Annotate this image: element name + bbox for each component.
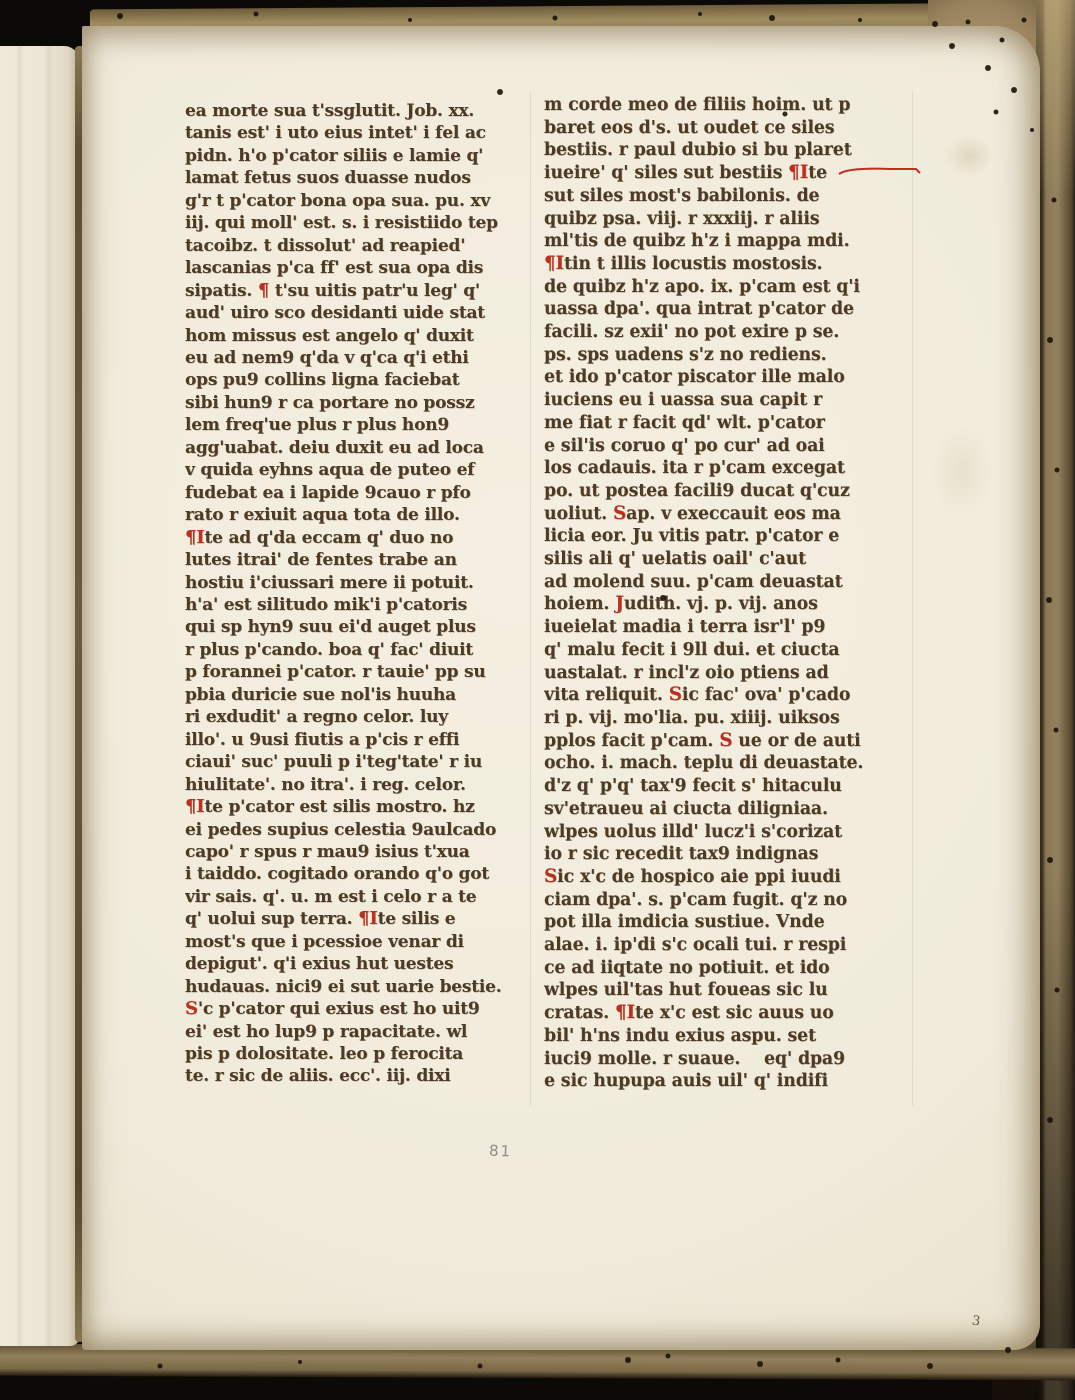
- manuscript-photo: ea morte sua t'ssglutit. Job. xx.tanis e…: [0, 0, 1075, 1400]
- worm-holes: [0, 0, 1075, 1400]
